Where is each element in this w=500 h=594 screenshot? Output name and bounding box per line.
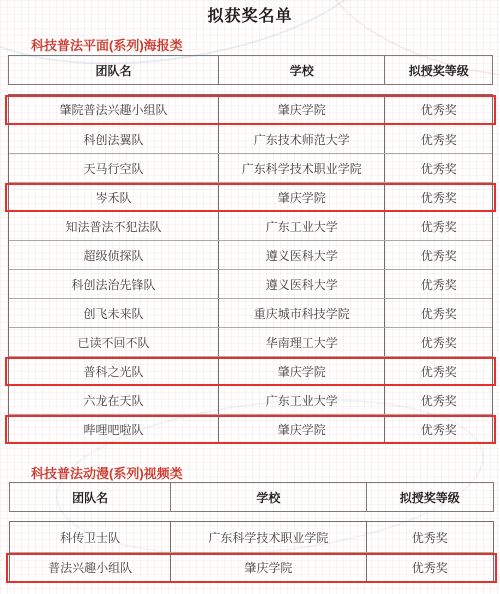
award-level-cell: 优秀奖 <box>384 125 492 153</box>
table-body: 科传卫士队广东科学技术职业学院优秀奖普法兴趣小组队肇庆学院优秀奖 <box>9 521 494 583</box>
team-name-cell: 肇院普法兴趣小组队 <box>9 95 218 124</box>
table-body: 肇院普法兴趣小组队肇庆学院优秀奖科创法翼队广东技术师范大学优秀奖天马行空队广东科… <box>8 94 493 444</box>
team-name-cell: 岑禾队 <box>9 183 218 211</box>
section-title-videos: 科技普法动漫(系列)视频类 <box>31 466 500 482</box>
team-name-cell: 普法兴趣小组队 <box>10 553 170 582</box>
team-name-cell: 科传卫士队 <box>10 522 170 552</box>
team-name-cell: 超级侦探队 <box>9 241 218 269</box>
school-cell: 广东科学技术职业学院 <box>218 154 384 182</box>
poster-award-table: 团队名学校拟授奖等级 肇院普法兴趣小组队肇庆学院优秀奖科创法翼队广东技术师范大学… <box>8 55 493 444</box>
school-cell: 重庆城市科技学院 <box>218 299 384 327</box>
table-row: 科创法翼队广东技术师范大学优秀奖 <box>9 124 492 153</box>
award-level-cell: 优秀奖 <box>366 522 493 552</box>
team-name-cell: 六龙在天队 <box>9 386 218 414</box>
award-level-cell: 优秀奖 <box>384 95 492 124</box>
award-level-cell: 优秀奖 <box>384 299 492 327</box>
school-cell: 广东工业大学 <box>218 386 384 414</box>
table-row-highlighted: 普法兴趣小组队肇庆学院优秀奖 <box>10 552 493 582</box>
team-name-cell: 创飞未来队 <box>9 299 218 327</box>
team-name-cell: 天马行空队 <box>9 154 218 182</box>
table-row: 天马行空队广东科学技术职业学院优秀奖 <box>9 153 492 182</box>
team-name-cell: 哔哩吧啦队 <box>9 415 218 443</box>
column-header-team: 团队名 <box>9 56 218 84</box>
school-cell: 肇庆学院 <box>218 357 384 385</box>
award-level-cell: 优秀奖 <box>384 241 492 269</box>
page-title: 拟获奖名单 <box>0 0 500 26</box>
table-header-row: 团队名学校拟授奖等级 <box>8 55 493 85</box>
table-row: 知法普法不犯法队广东工业大学优秀奖 <box>9 211 492 240</box>
school-cell: 肇庆学院 <box>218 95 384 124</box>
school-cell: 肇庆学院 <box>218 183 384 211</box>
column-header-award: 拟授奖等级 <box>366 483 493 511</box>
column-header-school: 学校 <box>218 56 384 84</box>
award-level-cell: 优秀奖 <box>384 212 492 240</box>
table-row: 科传卫士队广东科学技术职业学院优秀奖 <box>10 522 493 552</box>
award-level-cell: 优秀奖 <box>384 183 492 211</box>
section-video-category: 科技普法动漫(系列)视频类 团队名学校拟授奖等级 科传卫士队广东科学技术职业学院… <box>0 466 500 583</box>
table-header-row: 团队名学校拟授奖等级 <box>9 482 494 512</box>
school-cell: 肇庆学院 <box>170 553 365 582</box>
table-row: 超级侦探队遵义医科大学优秀奖 <box>9 240 492 269</box>
award-level-cell: 优秀奖 <box>384 386 492 414</box>
section-title-posters: 科技普法平面(系列)海报类 <box>31 38 500 54</box>
video-award-table: 团队名学校拟授奖等级 科传卫士队广东科学技术职业学院优秀奖普法兴趣小组队肇庆学院… <box>9 482 494 583</box>
team-name-cell: 已读不回不队 <box>9 328 218 356</box>
school-cell: 广东科学技术职业学院 <box>170 522 365 552</box>
table-row-highlighted: 肇院普法兴趣小组队肇庆学院优秀奖 <box>9 95 492 124</box>
award-level-cell: 优秀奖 <box>384 415 492 443</box>
award-level-cell: 优秀奖 <box>384 357 492 385</box>
school-cell: 肇庆学院 <box>218 415 384 443</box>
table-row: 科创法治先锋队遵义医科大学优秀奖 <box>9 269 492 298</box>
award-level-cell: 优秀奖 <box>384 328 492 356</box>
table-row: 创飞未来队重庆城市科技学院优秀奖 <box>9 298 492 327</box>
school-cell: 广东技术师范大学 <box>218 125 384 153</box>
school-cell: 广东工业大学 <box>218 212 384 240</box>
award-list-page: 拟获奖名单 科技普法平面(系列)海报类 团队名学校拟授奖等级 肇院普法兴趣小组队… <box>0 0 500 594</box>
team-name-cell: 普科之光队 <box>9 357 218 385</box>
award-level-cell: 优秀奖 <box>384 270 492 298</box>
column-header-team: 团队名 <box>10 483 170 511</box>
column-header-award: 拟授奖等级 <box>384 56 492 84</box>
team-name-cell: 知法普法不犯法队 <box>9 212 218 240</box>
award-level-cell: 优秀奖 <box>366 553 493 582</box>
school-cell: 遵义医科大学 <box>218 270 384 298</box>
table-row-highlighted: 岑禾队肇庆学院优秀奖 <box>9 182 492 211</box>
team-name-cell: 科创法治先锋队 <box>9 270 218 298</box>
section-poster-category: 科技普法平面(系列)海报类 团队名学校拟授奖等级 肇院普法兴趣小组队肇庆学院优秀… <box>0 38 500 444</box>
table-row-highlighted: 哔哩吧啦队肇庆学院优秀奖 <box>9 414 492 443</box>
column-header-school: 学校 <box>170 483 365 511</box>
team-name-cell: 科创法翼队 <box>9 125 218 153</box>
table-row: 六龙在天队广东工业大学优秀奖 <box>9 385 492 414</box>
school-cell: 遵义医科大学 <box>218 241 384 269</box>
school-cell: 华南理工大学 <box>218 328 384 356</box>
table-row-highlighted: 普科之光队肇庆学院优秀奖 <box>9 356 492 385</box>
table-row: 已读不回不队华南理工大学优秀奖 <box>9 327 492 356</box>
award-level-cell: 优秀奖 <box>384 154 492 182</box>
